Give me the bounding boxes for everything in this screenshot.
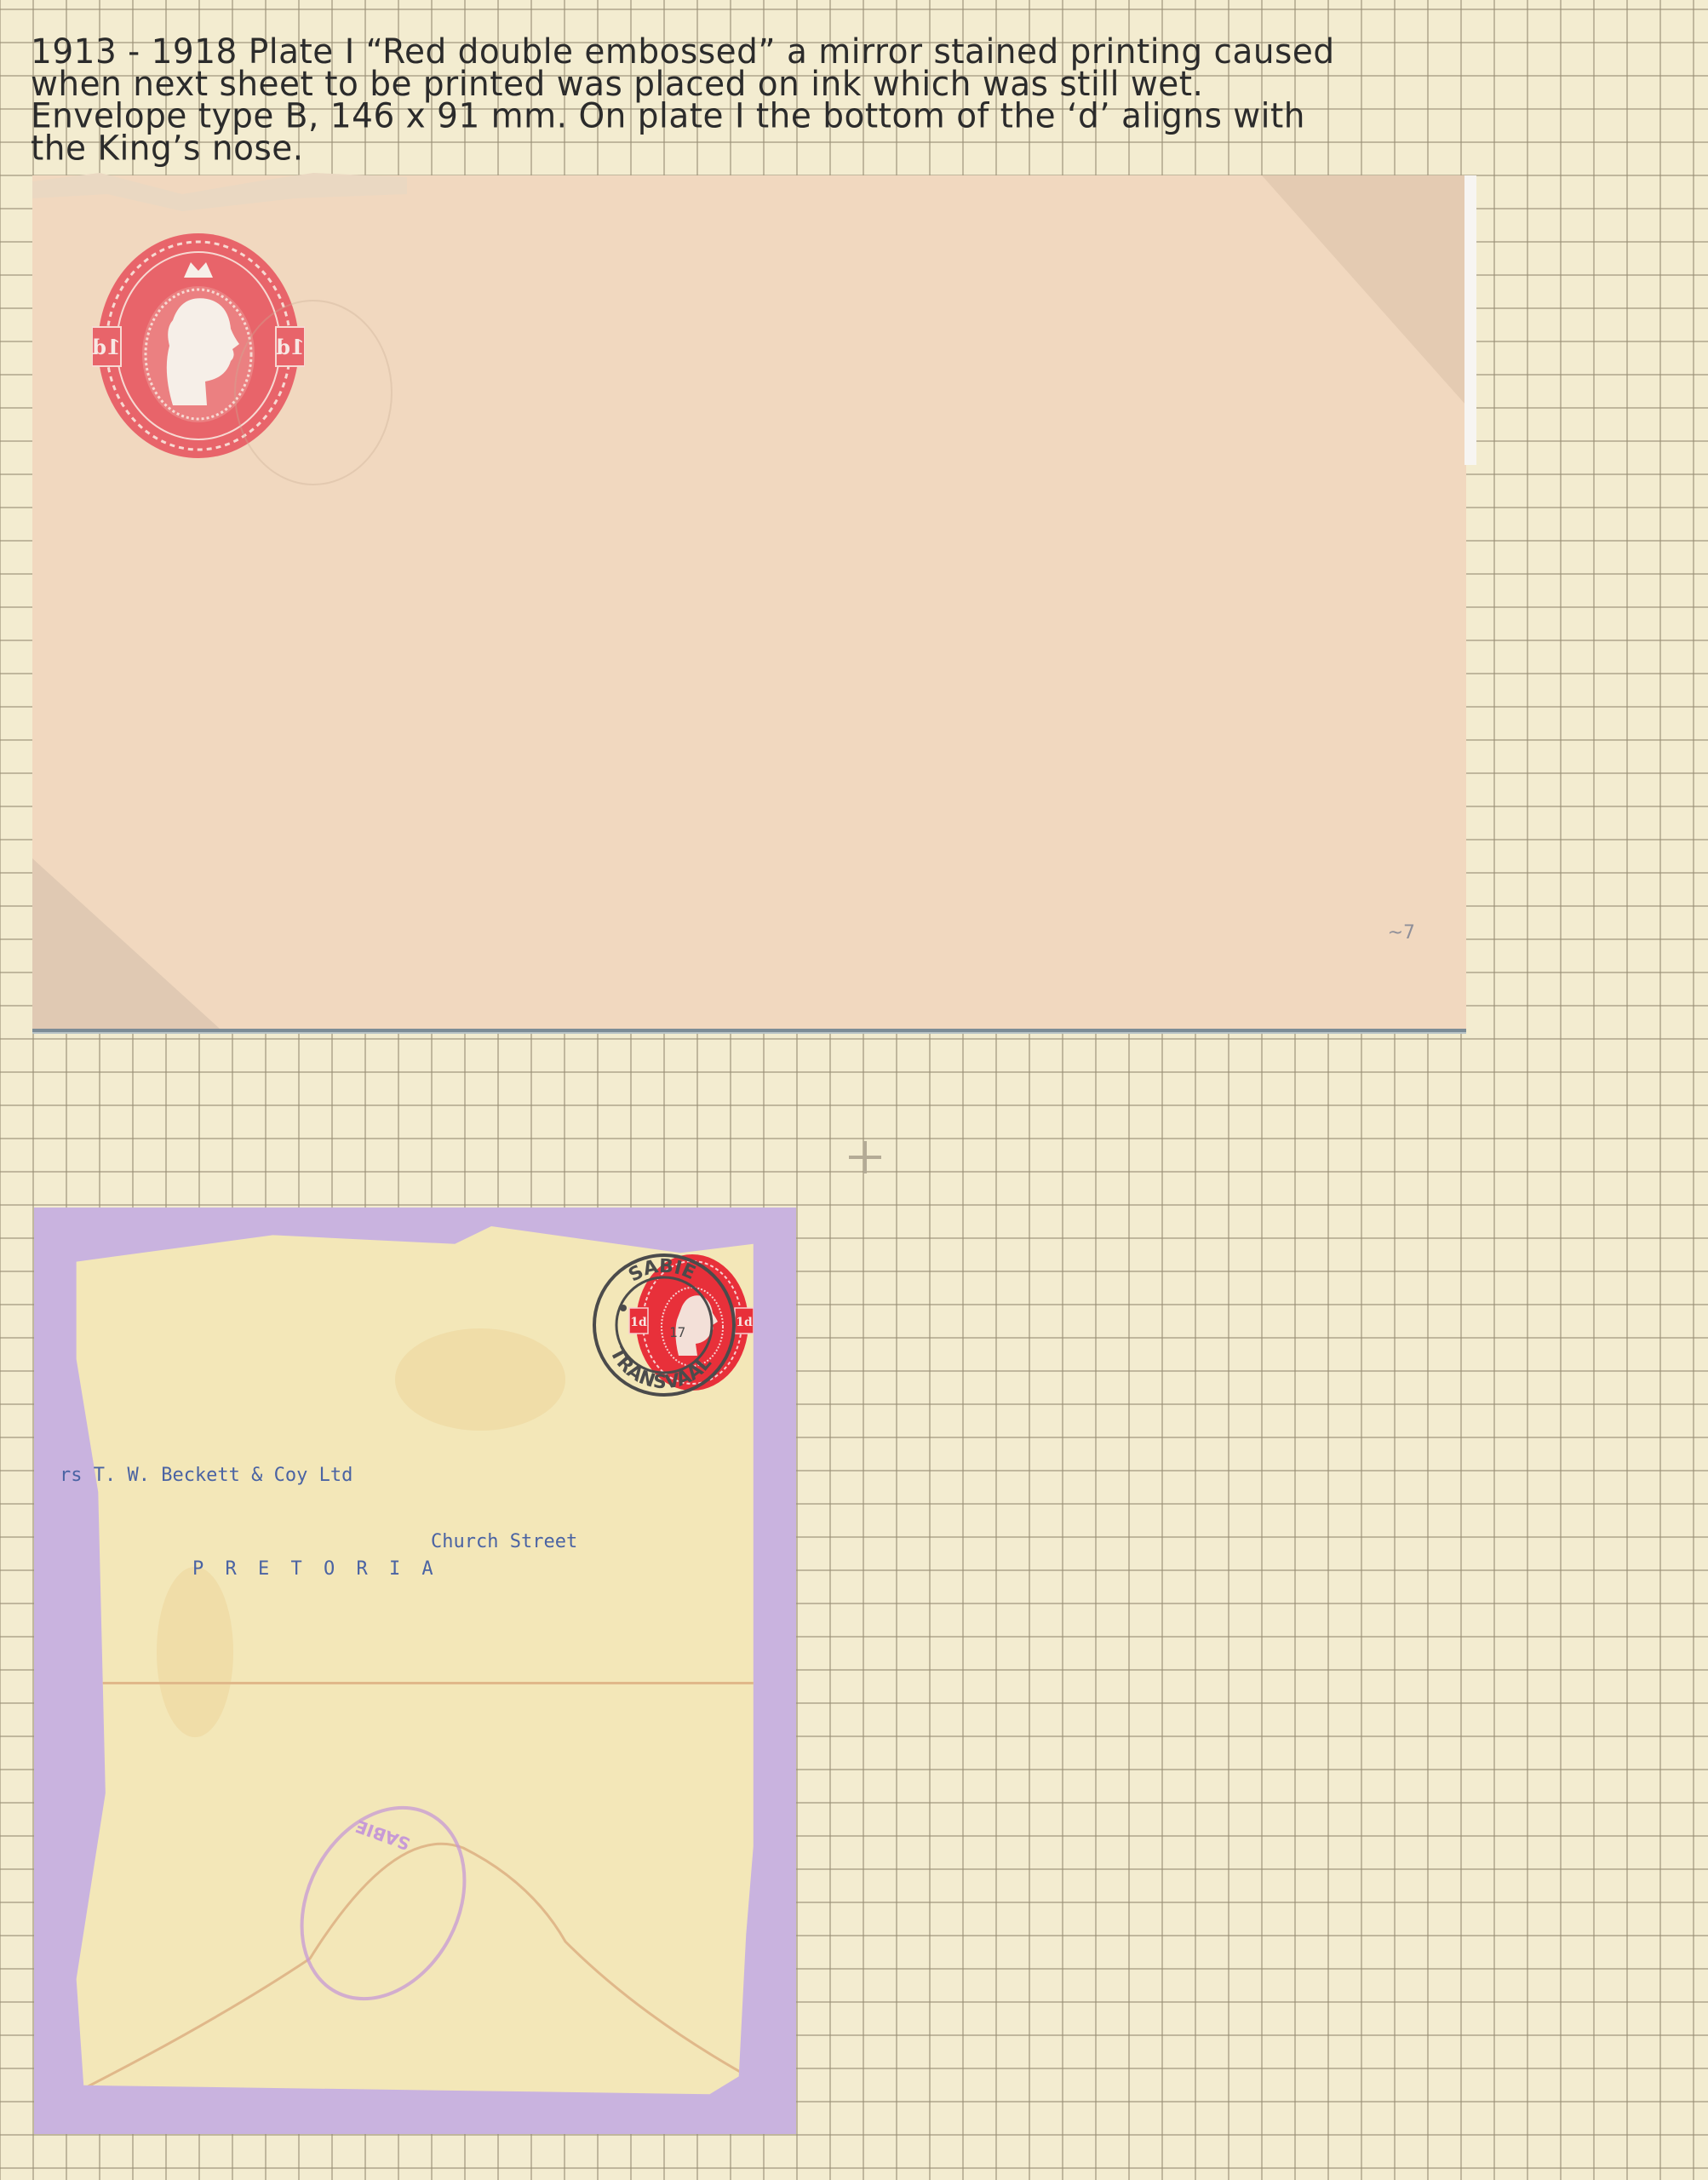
foxing-stain — [157, 1567, 233, 1737]
caption-line-1: 1913 - 1918 Plate I “Red double embossed… — [31, 37, 1699, 69]
top-envelope: 1d 1d ~7 — [32, 175, 1466, 1029]
address-line-addressee: rs T. W. Beckett & Coy Ltd — [60, 1465, 352, 1486]
svg-text:1d: 1d — [92, 335, 121, 359]
svg-text:17: 17 — [669, 1324, 685, 1340]
svg-text:SABIE: SABIE — [352, 1816, 412, 1854]
torn-flap-edge — [32, 169, 407, 211]
envelope-edge-insert — [1464, 175, 1476, 465]
caption-line-3: Envelope type B, 146 x 91 mm. On plate I… — [31, 100, 1699, 133]
foxing-stain — [395, 1328, 565, 1431]
caption-line-4: the King’s nose. — [31, 133, 1699, 165]
crosshair-mark-icon — [849, 1141, 881, 1173]
oval-backstamp-icon: SABIE — [281, 1797, 485, 2010]
address-line-street: Church Street — [431, 1531, 577, 1552]
envelope-flap-bottom-left — [32, 858, 220, 1029]
pencil-note: ~7 — [1388, 922, 1415, 944]
blind-emboss-impression-icon — [228, 295, 398, 490]
address-line-city: P R E T O R I A — [192, 1558, 438, 1580]
caption-line-2: when next sheet to be printed was placed… — [31, 68, 1699, 100]
handwritten-caption: 1913 - 1918 Plate I “Red double embossed… — [31, 37, 1699, 165]
fold-line — [54, 1682, 782, 1684]
envelope-flap-top-right — [1262, 175, 1466, 405]
postmark-cancel-icon: SABIE TRANSVAAL 17 — [587, 1248, 741, 1402]
